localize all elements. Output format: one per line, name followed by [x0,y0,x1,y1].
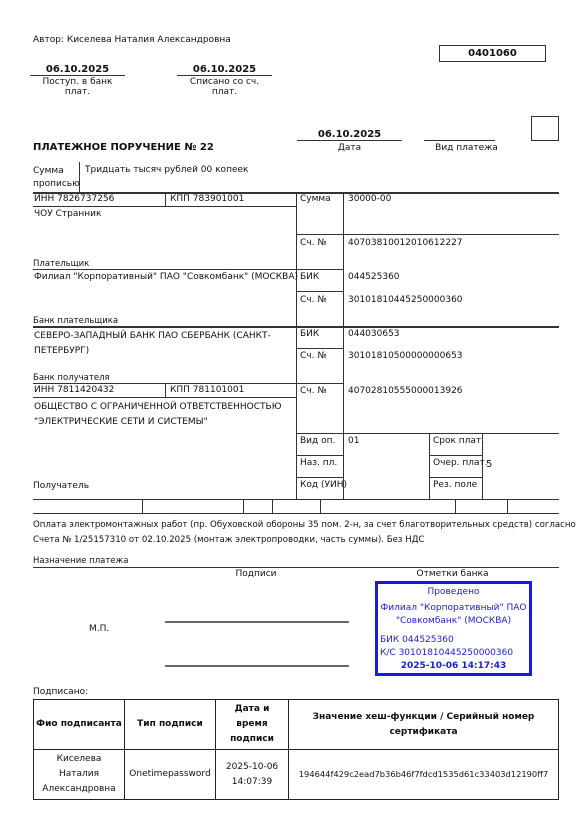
uin-label: Код (УИН) [300,480,347,490]
signatures-label: Подписи [216,569,296,579]
payee-name-line2: "ЭЛЕКТРИЧЕСКИЕ СЕТИ И СИСТЕМЫ" [34,415,281,430]
document-date: 06.10.2025 [297,129,402,140]
payment-purpose-line1: Оплата электромонтажных работ (пр. Обухо… [33,518,576,533]
signer-name: Киселева Наталия Александровна [34,750,125,800]
payee-bank-bik: 044030653 [348,329,400,339]
stamp-bank-line2: "Совкомбанк" (МОСКВА) [378,615,529,628]
payee-inn: ИНН 7811420432 [34,385,114,395]
payer-kpp: КПП 783901001 [170,194,244,204]
payee-bank-name: СЕВЕРО-ЗАПАДНЫЙ БАНК ПАО СБЕРБАНК (САНКТ… [34,329,271,359]
payee-bank-bik-label: БИК [300,329,319,339]
table-row: Киселева Наталия Александровна Onetimepa… [34,750,559,800]
payer-bank-label: Банк плательщика [33,316,118,326]
stamp-status: Проведено [378,587,529,597]
payee-bank-label: Банк получателя [33,373,110,383]
author-label: Автор: Киселева Наталия Александровна [33,35,231,45]
col-sign-type: Тип подписи [125,700,216,750]
stamp-place-label: М.П. [89,624,109,634]
payment-purpose-label: Назначение платежа [33,556,128,566]
debited-date-label: Списано со сч. плат. [177,77,272,97]
payer-bank-name: Филиал "Корпоративный" ПАО "Совкомбанк" … [34,272,298,282]
sign-datetime: 2025-10-06 14:07:39 [216,750,289,800]
payment-purpose-line2: Счета № 1/25157310 от 02.10.2025 (монтаж… [33,533,576,548]
bank-marks-label: Отметки банка [400,569,505,579]
sign-hash: 194644f429c2ead7b36b46f7fdcd1535d61c3340… [289,750,559,800]
purpose-code-label: Наз. пл. [300,458,337,468]
payee-bank-name-line1: СЕВЕРО-ЗАПАДНЫЙ БАНК ПАО СБЕРБАНК (САНКТ… [34,329,271,344]
payee-account: 40702810555000013926 [348,386,463,396]
sign-type: Onetimepassword [125,750,216,800]
stamp-bank: Филиал "Корпоративный" ПАО "Совкомбанк" … [378,602,529,628]
payee-label: Получатель [33,481,89,491]
payer-bank-bik: 044525360 [348,272,400,282]
signed-label: Подписано: [33,687,88,697]
priority-value: 5 [486,459,492,470]
amount-words-label-1: Сумма [33,165,80,178]
status-box [531,116,559,141]
amount-label: Сумма [300,194,331,204]
stamp-ks: К/С 30101810445250000360 [380,647,529,660]
payee-name-line1: ОБЩЕСТВО С ОГРАНИЧЕННОЙ ОТВЕТСТВЕННОСТЬЮ [34,400,281,415]
col-signer: Фио подписанта [34,700,125,750]
payer-bank-bik-label: БИК [300,272,319,282]
amount-words: Тридцать тысяч рублей 00 копеек [85,165,248,175]
received-date-label: Поступ. в банк плат. [30,77,125,97]
stamp-details: БИК 044525360 К/С 30101810445250000360 [378,634,529,660]
stamp-bik: БИК 044525360 [380,634,529,647]
payer-inn: ИНН 7826737256 [34,194,114,204]
payer-account-label: Сч. № [300,238,327,248]
priority-label: Очер. плат. [433,458,488,468]
page-title: ПЛАТЕЖНОЕ ПОРУЧЕНИЕ № 22 [33,142,214,153]
payee-name: ОБЩЕСТВО С ОГРАНИЧЕННОЙ ОТВЕТСТВЕННОСТЬЮ… [34,400,281,430]
stamp-bank-line1: Филиал "Корпоративный" ПАО [378,602,529,615]
document-date-label: Дата [297,143,402,153]
signatures-table: Фио подписанта Тип подписи Дата и время … [33,699,559,800]
op-type-label: Вид оп. [300,436,335,446]
reserve-label: Рез. поле [433,480,477,490]
payee-bank-name-line2: ПЕТЕРБУРГ) [34,344,271,359]
payer-bank-account-label: Сч. № [300,295,327,305]
payment-purpose: Оплата электромонтажных работ (пр. Обухо… [33,518,576,548]
term-label: Срок плат. [433,436,484,446]
stamp-timestamp: 2025-10-06 14:17:43 [378,660,529,673]
payee-account-label: Сч. № [300,386,327,396]
amount-words-label: Сумма прописью [33,165,80,191]
col-sign-datetime: Дата и время подписи [216,700,289,750]
col-hash: Значение хеш-функции / Серийный номер се… [289,700,559,750]
bank-stamp: Проведено Филиал "Корпоративный" ПАО "Со… [375,581,532,676]
amount-value: 30000-00 [348,194,391,204]
form-code: 0401060 [439,45,546,62]
received-date: 06.10.2025 [30,64,125,75]
payee-kpp: КПП 781101001 [170,385,244,395]
debited-date: 06.10.2025 [177,64,272,75]
payer-name: ЧОУ Странник [34,209,101,219]
op-type: 01 [348,436,359,446]
payer-account: 40703810012010612227 [348,238,463,248]
payer-label: Плательщик [33,259,89,269]
payment-type-label: Вид платежа [424,143,509,153]
payee-bank-account: 30101810500000000653 [348,351,463,361]
amount-words-label-2: прописью [33,178,80,191]
payee-bank-account-label: Сч. № [300,351,327,361]
payer-bank-account: 30101810445250000360 [348,295,463,305]
